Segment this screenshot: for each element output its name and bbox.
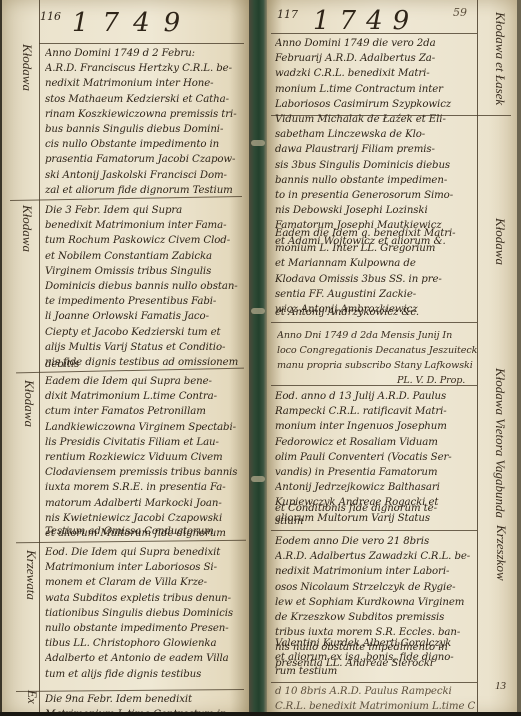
visitation-note: Anno Dni 1749 d 2da Mensis Junij In loco… bbox=[277, 328, 477, 388]
book-bottom-edge bbox=[0, 712, 521, 716]
left-page: 116 1749 Kłodawa Kłodawa Kłodawa Krzewat… bbox=[2, 0, 249, 716]
margin-note: Krzewata bbox=[23, 550, 39, 600]
marriage-entry: Anno Domini 1749 d 2 Febru: A.R.D. Franc… bbox=[45, 46, 245, 198]
marriage-entry-tail: et Antonij Andrzykowicz &c. bbox=[275, 305, 475, 320]
spine-tear bbox=[251, 308, 265, 314]
margin-note: Kłodawa Vietora Vagabunda bbox=[492, 368, 508, 518]
book-spine bbox=[249, 0, 267, 716]
header-rule bbox=[39, 43, 244, 44]
marriage-entry: Eadem die Idem qui Supra bene- dixit Mat… bbox=[45, 374, 245, 541]
folio-number: 59 bbox=[453, 6, 467, 19]
marriage-entry: Eadem die Idem q. benedixit Matri- moniu… bbox=[275, 226, 475, 317]
page-number: 117 bbox=[277, 8, 298, 21]
spine-tear bbox=[251, 140, 265, 146]
marriage-entry: d 10 8bris A.R.D. Paulus Rampecki C.R.L.… bbox=[275, 684, 475, 714]
marriage-entry: Eod. Die Idem qui Supra benedixit Matrim… bbox=[45, 545, 245, 682]
margin-note: Kłodawa bbox=[19, 44, 35, 91]
marriage-entry-tail: Valentini Kurdek Alberti Goralczyk et al… bbox=[275, 637, 475, 679]
header-year: 1749 bbox=[313, 6, 419, 36]
margin-note: 13 bbox=[495, 680, 506, 692]
marriage-entry-tail: debitis bbox=[45, 357, 245, 372]
marriage-entry: Die 3 Febr. Idem qui Supra benedixit Mat… bbox=[45, 203, 245, 370]
entry-divider bbox=[271, 530, 477, 531]
entry-divider bbox=[271, 322, 477, 323]
margin-note: Krzeszkow bbox=[493, 525, 509, 581]
margin-rule bbox=[39, 0, 40, 716]
open-register-book: 116 1749 Kłodawa Kłodawa Kłodawa Krzewat… bbox=[0, 0, 521, 716]
margin-rule bbox=[477, 0, 478, 716]
marriage-entry-tail: et Conditionis fide dignorum te- stium bbox=[275, 502, 475, 528]
margin-note: Kłodawa bbox=[492, 218, 508, 265]
page-number: 116 bbox=[40, 10, 61, 23]
right-page: 117 1749 59 Kłodawa et Łasek Kłodawa Kło… bbox=[267, 0, 519, 716]
entry-divider bbox=[271, 682, 477, 683]
header-rule bbox=[271, 33, 477, 34]
header-year: 1749 bbox=[72, 8, 194, 38]
margin-note: Kłodawa bbox=[19, 205, 35, 252]
margin-note: Kłodawa bbox=[21, 380, 37, 427]
marriage-entry: Anno Domini 1749 die vero 2da Februarij … bbox=[275, 36, 475, 112]
spine-tear bbox=[251, 476, 265, 482]
margin-note: Kłodawa et Łasek bbox=[492, 12, 508, 105]
marriage-entry-tail: Testium ad Omissa Conductorum bbox=[45, 524, 245, 539]
page-edge bbox=[517, 0, 521, 716]
margin-note: Ex bbox=[24, 690, 40, 704]
